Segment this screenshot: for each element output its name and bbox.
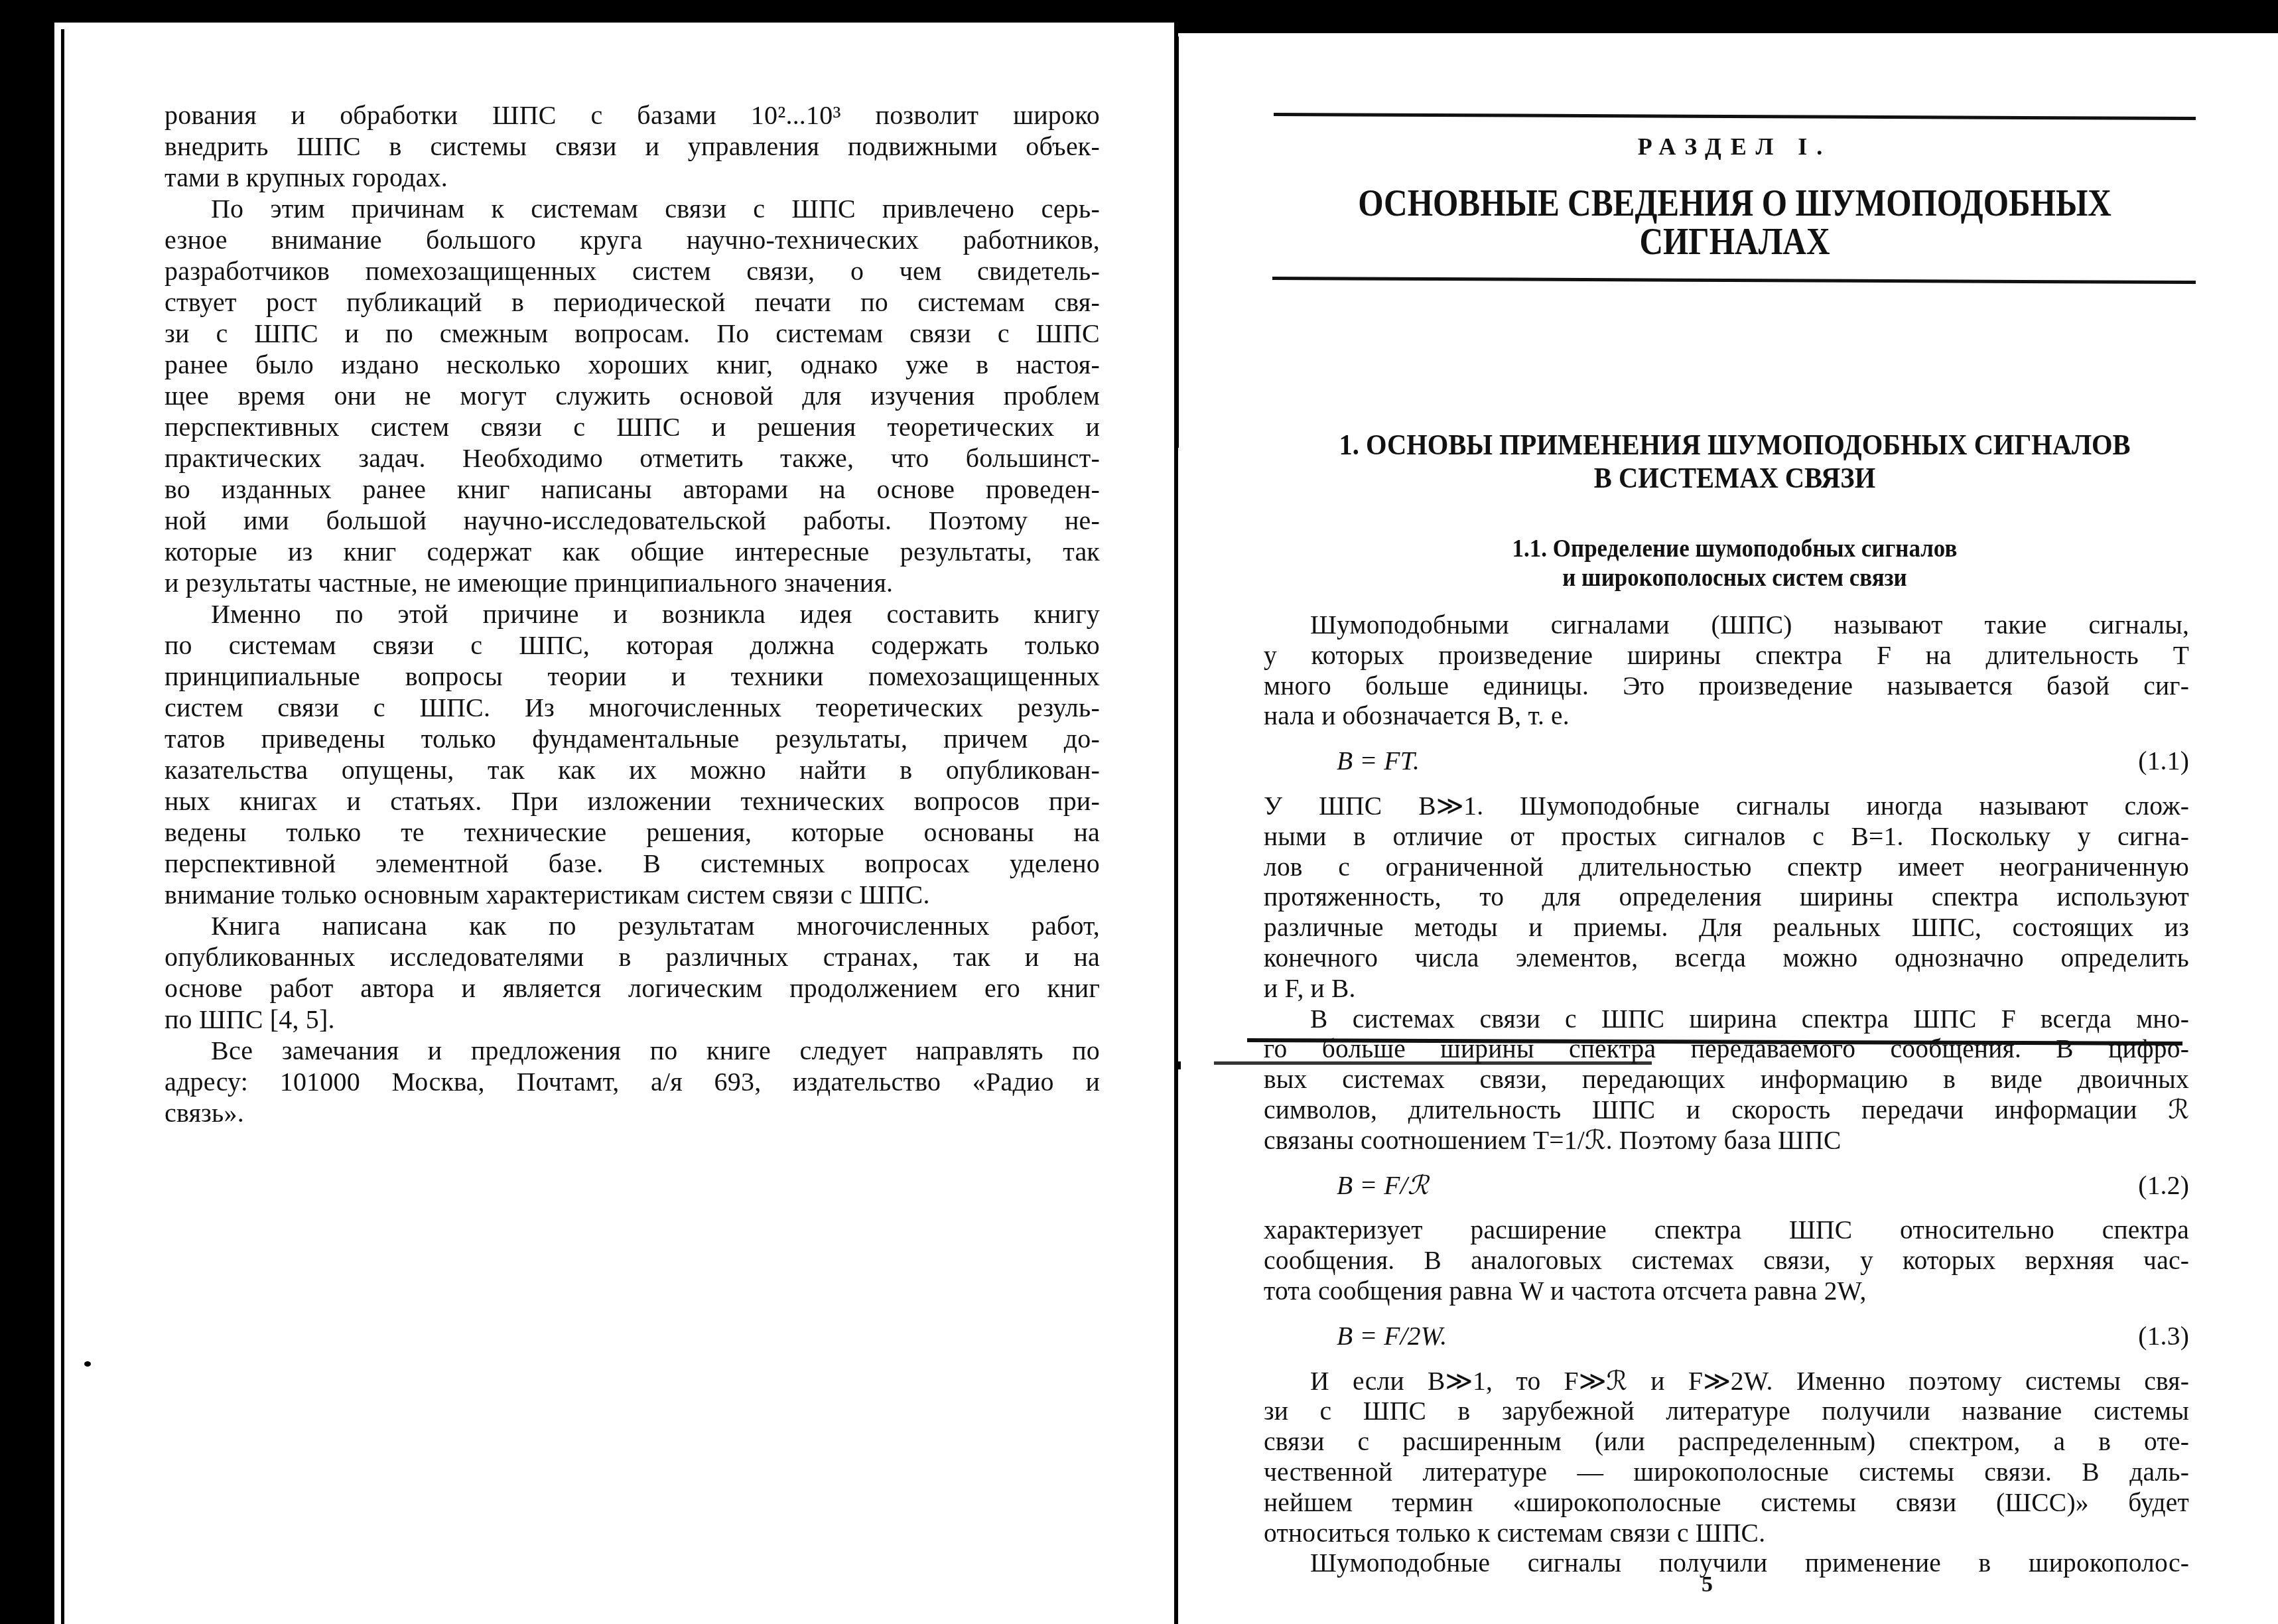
paragraph: Шумоподобными сигналами (ШПС) называют т… <box>1264 610 2189 732</box>
part-title: ОСНОВНЫЕ СВЕДЕНИЯ О ШУМОПОДОБНЫХ СИГНАЛА… <box>1329 184 2140 261</box>
equation: B = F/2W.(1.3) <box>1264 1321 2189 1352</box>
left-page-body: рования и обработки ШПС с базами 10²...1… <box>165 100 1100 1128</box>
text-line: нала и обозначается B, т. е. <box>1264 701 2189 732</box>
paragraph: характеризует расширение спектра ШПС отн… <box>1264 1215 2189 1306</box>
text-line: тами в крупных городах. <box>165 162 1100 193</box>
text-line: адресу: 101000 Москва, Почтамт, а/я 693,… <box>165 1066 1100 1097</box>
scan-speck <box>84 1361 91 1367</box>
text-line: зи с ШПС и по смежным вопросам. По систе… <box>165 318 1100 349</box>
equation-expression: B = F/2W. <box>1264 1321 1447 1352</box>
text-line: различные методы и приемы. Для реальных … <box>1264 913 2189 943</box>
paragraph: Все замечания и предложения по книге сле… <box>165 1035 1100 1128</box>
text-line: и F, и B. <box>1264 974 2189 1004</box>
text-line: По этим причинам к системам связи с ШПС … <box>165 193 1100 224</box>
chapter-title-line: 1. ОСНОВЫ ПРИМЕНЕНИЯ ШУМОПОДОБНЫХ СИГНАЛ… <box>1311 428 2159 461</box>
text-line: лов с ограниченной длительностью спектр … <box>1264 852 2189 883</box>
text-line: по системам связи с ШПС, которая должна … <box>165 630 1100 661</box>
text-line: символов, длительность ШПС и скорость пе… <box>1264 1095 2189 1126</box>
subsection-title-line: и широкополосных систем связи <box>1302 563 2168 592</box>
text-line: нейшем термин «широкополосные системы св… <box>1264 1488 2189 1519</box>
text-line: езное внимание большого круга научно-тех… <box>165 224 1100 255</box>
text-line: Шумоподобными сигналами (ШПС) называют т… <box>1264 610 2189 641</box>
section-label: РАЗДЕЛ I. <box>1274 133 2196 161</box>
text-line: перспективных систем связи с ШПС и решен… <box>165 411 1100 442</box>
text-line: конечного числа элементов, всегда можно … <box>1264 943 2189 974</box>
text-line: много больше единицы. Это произведение н… <box>1264 671 2189 702</box>
equation: B = FT.(1.1) <box>1264 746 2189 777</box>
text-line: вых системах связи, передающих информаци… <box>1264 1065 2189 1095</box>
text-line: ной ими большой научно-исследовательской… <box>165 505 1100 536</box>
text-line: сообщения. В аналоговых системах связи, … <box>1264 1246 2189 1276</box>
text-line: чественной литературе — широкополосные с… <box>1264 1457 2189 1488</box>
subsection-title-line: 1.1. Определение шумоподобных сигналов <box>1302 534 2168 563</box>
equation-expression: B = FT. <box>1264 746 1420 777</box>
page-number: 5 <box>1702 1572 1713 1597</box>
text-line: опубликованных исследователями в различн… <box>165 941 1100 973</box>
text-line: ствует рост публикаций в периодической п… <box>165 287 1100 318</box>
text-line: внимание только основным характеристикам… <box>165 879 1100 910</box>
text-line: систем связи с ШПС. Из многочисленных те… <box>165 692 1100 723</box>
text-line: тота сообщения равна W и частота отсчета… <box>1264 1276 2189 1307</box>
handwritten-underline <box>1214 1061 1652 1065</box>
text-line: Именно по этой причине и возникла идея с… <box>165 598 1100 630</box>
text-line: и результаты частные, не имеющие принцип… <box>165 567 1100 598</box>
gutter-mark <box>1175 693 1178 713</box>
text-line: Книга написана как по результатам многоч… <box>165 910 1100 941</box>
text-line: щее время они не могут служить основой д… <box>165 380 1100 411</box>
part-title-line: СИГНАЛАХ <box>1329 223 2140 261</box>
paragraph: Шумоподобные сигналы получили применение… <box>1264 1548 2189 1579</box>
text-line: рования и обработки ШПС с базами 10²...1… <box>165 100 1100 131</box>
gutter-mark <box>1175 1061 1181 1069</box>
text-line: разработчиков помехозащищенных систем св… <box>165 255 1100 287</box>
paragraph: И если B≫1, то F≫ℛ и F≫2W. Именно поэтом… <box>1264 1367 2189 1549</box>
gutter-line <box>1174 36 1179 448</box>
text-line: принципиальные вопросы теории и техники … <box>165 661 1100 692</box>
right-page-body: Шумоподобными сигналами (ШПС) называют т… <box>1264 610 2189 1579</box>
subsection-title: 1.1. Определение шумоподобных сигналов и… <box>1302 534 2168 592</box>
text-line: практических задач. Необходимо отметить … <box>165 442 1100 474</box>
paragraph: Книга написана как по результатам многоч… <box>165 910 1100 1035</box>
text-line: татов приведены только фундаментальные р… <box>165 723 1100 754</box>
paragraph: рования и обработки ШПС с базами 10²...1… <box>165 100 1100 193</box>
text-line: Все замечания и предложения по книге сле… <box>165 1035 1100 1066</box>
text-line: И если B≫1, то F≫ℛ и F≫2W. Именно поэтом… <box>1264 1367 2189 1397</box>
part-title-line: ОСНОВНЫЕ СВЕДЕНИЯ О ШУМОПОДОБНЫХ <box>1329 184 2140 223</box>
equation-number: (1.2) <box>2138 1171 2189 1201</box>
text-line: У ШПС B≫1. Шумоподобные сигналы иногда н… <box>1264 791 2189 822</box>
text-line: во изданных ранее книг написаны авторами… <box>165 474 1100 505</box>
gutter-mark <box>1175 743 1178 763</box>
text-line: связи с расширенным (или распределенным)… <box>1264 1427 2189 1457</box>
gutter-mark <box>1175 464 1178 491</box>
text-line: основе работ автора и является логически… <box>165 973 1100 1004</box>
text-line: внедрить ШПС в системы связи и управлени… <box>165 131 1100 162</box>
paragraph: По этим причинам к системам связи с ШПС … <box>165 193 1100 598</box>
equation-expression: B = F/ℛ <box>1264 1171 1429 1201</box>
text-line: характеризует расширение спектра ШПС отн… <box>1264 1215 2189 1246</box>
text-line: протяженность, то для определения ширины… <box>1264 882 2189 913</box>
text-line: относиться только к системам связи с ШПС… <box>1264 1519 2189 1549</box>
paragraph: Именно по этой причине и возникла идея с… <box>165 598 1100 910</box>
text-line: которые из книг содержат как общие интер… <box>165 536 1100 567</box>
text-line: связь». <box>165 1097 1100 1128</box>
paragraph: У ШПС B≫1. Шумоподобные сигналы иногда н… <box>1264 791 2189 1004</box>
text-line: казательства опущены, так как их можно н… <box>165 754 1100 785</box>
text-line: ными в отличие от простых сигналов с B=1… <box>1264 822 2189 852</box>
text-line: зи с ШПС в зарубежной литературе получил… <box>1264 1396 2189 1427</box>
equation: B = F/ℛ(1.2) <box>1264 1171 2189 1201</box>
left-page-edge-line <box>61 29 64 1624</box>
text-line: по ШПС [4, 5]. <box>165 1004 1100 1035</box>
text-line: ведены только те технические решения, ко… <box>165 817 1100 848</box>
text-line: у которых произведение ширины спектра F … <box>1264 641 2189 671</box>
text-line: ранее было издано несколько хороших книг… <box>165 349 1100 380</box>
text-line: ных книгах и статьях. При изложении техн… <box>165 785 1100 817</box>
text-line: В системах связи с ШПС ширина спектра ШП… <box>1264 1004 2189 1035</box>
paragraph: В системах связи с ШПС ширина спектра ШП… <box>1264 1004 2189 1156</box>
equation-number: (1.3) <box>2138 1321 2189 1352</box>
text-line: перспективной элементной базе. В системн… <box>165 848 1100 879</box>
equation-number: (1.1) <box>2138 746 2189 777</box>
text-line: связаны соотношением T=1/ℛ. Поэтому база… <box>1264 1126 2189 1156</box>
text-line: Шумоподобные сигналы получили применение… <box>1264 1548 2189 1579</box>
chapter-title: 1. ОСНОВЫ ПРИМЕНЕНИЯ ШУМОПОДОБНЫХ СИГНАЛ… <box>1311 428 2159 494</box>
chapter-title-line: В СИСТЕМАХ СВЯЗИ <box>1311 461 2159 494</box>
